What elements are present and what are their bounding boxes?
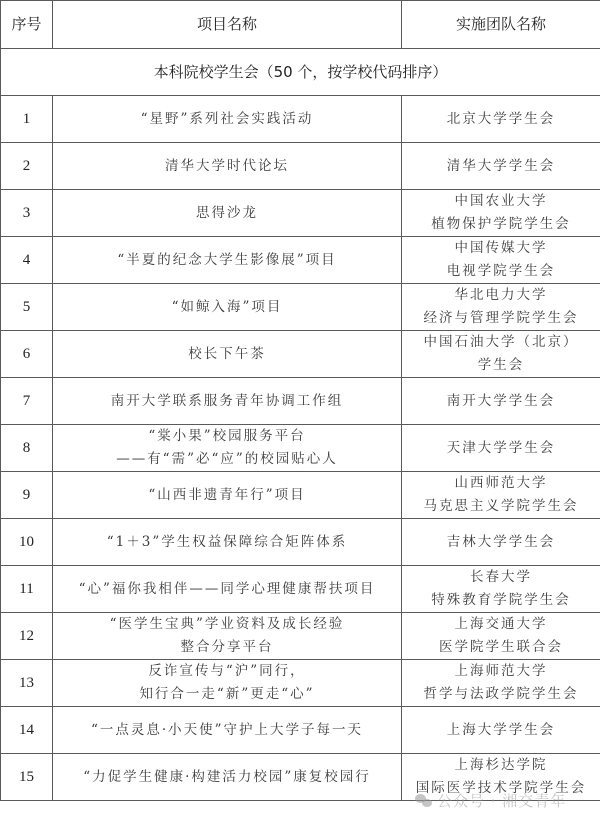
table-header-row: 序号 项目名称 实施团队名称 xyxy=(1,1,600,49)
project-name-cell: “半夏的纪念大学生影像展”项目 xyxy=(53,237,402,284)
table-row: 14“一点灵息·小天使”守护上大学子每一天上海大学学生会 xyxy=(1,707,600,754)
header-index: 序号 xyxy=(1,1,53,49)
project-name-line: “星野”系列社会实践活动 xyxy=(53,108,401,131)
table-row: 8“棠小果”校园服务平台——有“需”必“应”的校园贴心人天津大学学生会 xyxy=(1,425,600,472)
team-name-cell: 中国石油大学（北京）学生会 xyxy=(402,331,600,378)
section-title: 本科院校学生会（50 个，按学校代码排序） xyxy=(1,49,600,96)
project-name-cell: 思得沙龙 xyxy=(53,190,402,237)
row-index: 8 xyxy=(1,425,53,472)
team-name-line: 南开大学学生会 xyxy=(402,390,600,413)
project-name-line: “心”福你我相伴——同学心理健康帮扶项目 xyxy=(53,578,401,601)
row-index: 3 xyxy=(1,190,53,237)
team-name-cell: 上海大学学生会 xyxy=(402,707,600,754)
row-index: 14 xyxy=(1,707,53,754)
project-name-cell: “棠小果”校园服务平台——有“需”必“应”的校园贴心人 xyxy=(53,425,402,472)
project-name-line: 思得沙龙 xyxy=(53,202,401,225)
project-name-cell: 校长下午茶 xyxy=(53,331,402,378)
team-name-cell: 中国农业大学植物保护学院学生会 xyxy=(402,190,600,237)
team-name-line: 上海交通大学 xyxy=(402,613,600,636)
project-name-line: 知行合一走“新”更走“心” xyxy=(53,683,401,706)
table-row: 7南开大学联系服务青年协调工作组南开大学学生会 xyxy=(1,378,600,425)
project-list-table: 序号 项目名称 实施团队名称 本科院校学生会（50 个，按学校代码排序） 1“星… xyxy=(0,0,600,801)
team-name-line: 山西师范大学 xyxy=(402,472,600,495)
row-index: 12 xyxy=(1,613,53,660)
row-index: 9 xyxy=(1,472,53,519)
team-name-line: 上海大学学生会 xyxy=(402,719,600,742)
row-index: 1 xyxy=(1,96,53,143)
table-row: 2清华大学时代论坛清华大学学生会 xyxy=(1,143,600,190)
team-name-line: 北京大学学生会 xyxy=(402,108,600,131)
project-name-line: 南开大学联系服务青年协调工作组 xyxy=(53,390,401,413)
table-row: 1“星野”系列社会实践活动北京大学学生会 xyxy=(1,96,600,143)
table-row: 5“如鲸入海”项目华北电力大学经济与管理学院学生会 xyxy=(1,284,600,331)
project-name-cell: “星野”系列社会实践活动 xyxy=(53,96,402,143)
row-index: 6 xyxy=(1,331,53,378)
project-name-line: “山西非遗青年行”项目 xyxy=(53,484,401,507)
project-name-cell: “山西非遗青年行”项目 xyxy=(53,472,402,519)
team-name-cell: 清华大学学生会 xyxy=(402,143,600,190)
table-row: 4“半夏的纪念大学生影像展”项目中国传媒大学电视学院学生会 xyxy=(1,237,600,284)
team-name-line: 植物保护学院学生会 xyxy=(402,213,600,236)
table-row: 3思得沙龙中国农业大学植物保护学院学生会 xyxy=(1,190,600,237)
project-name-cell: “如鲸入海”项目 xyxy=(53,284,402,331)
team-name-line: 马克思主义学院学生会 xyxy=(402,495,600,518)
project-name-cell: “力促学生健康·构建活力校园”康复校园行 xyxy=(53,754,402,801)
project-name-line: “一点灵息·小天使”守护上大学子每一天 xyxy=(53,719,401,742)
table-row: 15“力促学生健康·构建活力校园”康复校园行上海杉达学院国际医学技术学院学生会 xyxy=(1,754,600,801)
team-name-cell: 上海杉达学院国际医学技术学院学生会 xyxy=(402,754,600,801)
project-name-line: “如鲸入海”项目 xyxy=(53,296,401,319)
team-name-line: 电视学院学生会 xyxy=(402,260,600,283)
project-name-line: “医学生宝典”学业资料及成长经验 xyxy=(53,613,401,636)
row-index: 2 xyxy=(1,143,53,190)
row-index: 15 xyxy=(1,754,53,801)
project-name-line: “半夏的纪念大学生影像展”项目 xyxy=(53,249,401,272)
header-project-name: 项目名称 xyxy=(53,1,402,49)
team-name-cell: 山西师范大学马克思主义学院学生会 xyxy=(402,472,600,519)
team-name-line: 上海师范大学 xyxy=(402,660,600,683)
team-name-cell: 上海师范大学哲学与法政学院学生会 xyxy=(402,660,600,707)
team-name-line: 中国农业大学 xyxy=(402,190,600,213)
project-name-cell: 南开大学联系服务青年协调工作组 xyxy=(53,378,402,425)
team-name-line: 医学院学生联合会 xyxy=(402,636,600,659)
project-name-cell: 清华大学时代论坛 xyxy=(53,143,402,190)
project-name-line: “1＋3”学生权益保障综合矩阵体系 xyxy=(53,531,401,554)
team-name-line: 天津大学学生会 xyxy=(402,437,600,460)
team-name-line: 长春大学 xyxy=(402,566,600,589)
section-heading-row: 本科院校学生会（50 个，按学校代码排序） xyxy=(1,49,600,96)
row-index: 13 xyxy=(1,660,53,707)
team-name-cell: 南开大学学生会 xyxy=(402,378,600,425)
project-name-cell: “一点灵息·小天使”守护上大学子每一天 xyxy=(53,707,402,754)
table-row: 6校长下午茶中国石油大学（北京）学生会 xyxy=(1,331,600,378)
team-name-line: 上海杉达学院 xyxy=(402,754,600,777)
table-row: 10“1＋3”学生权益保障综合矩阵体系吉林大学学生会 xyxy=(1,519,600,566)
team-name-cell: 中国传媒大学电视学院学生会 xyxy=(402,237,600,284)
project-name-line: “力促学生健康·构建活力校园”康复校园行 xyxy=(53,766,401,789)
project-name-cell: “医学生宝典”学业资料及成长经验整合分享平台 xyxy=(53,613,402,660)
team-name-line: 中国传媒大学 xyxy=(402,237,600,260)
project-name-line: 反诈宣传与“沪”同行， xyxy=(53,660,401,683)
team-name-cell: 华北电力大学经济与管理学院学生会 xyxy=(402,284,600,331)
team-name-line: 中国石油大学（北京） xyxy=(402,331,600,354)
row-index: 11 xyxy=(1,566,53,613)
project-name-line: “棠小果”校园服务平台 xyxy=(53,425,401,448)
project-name-cell: 反诈宣传与“沪”同行，知行合一走“新”更走“心” xyxy=(53,660,402,707)
team-name-line: 哲学与法政学院学生会 xyxy=(402,683,600,706)
team-name-cell: 吉林大学学生会 xyxy=(402,519,600,566)
row-index: 7 xyxy=(1,378,53,425)
team-name-cell: 长春大学特殊教育学院学生会 xyxy=(402,566,600,613)
table-row: 13反诈宣传与“沪”同行，知行合一走“新”更走“心”上海师范大学哲学与法政学院学… xyxy=(1,660,600,707)
table-row: 11“心”福你我相伴——同学心理健康帮扶项目长春大学特殊教育学院学生会 xyxy=(1,566,600,613)
team-name-cell: 天津大学学生会 xyxy=(402,425,600,472)
project-name-line: 校长下午茶 xyxy=(53,343,401,366)
team-name-line: 经济与管理学院学生会 xyxy=(402,307,600,330)
row-index: 4 xyxy=(1,237,53,284)
row-index: 10 xyxy=(1,519,53,566)
team-name-line: 学生会 xyxy=(402,354,600,377)
header-team-name: 实施团队名称 xyxy=(402,1,600,49)
team-name-line: 特殊教育学院学生会 xyxy=(402,589,600,612)
team-name-line: 国际医学技术学院学生会 xyxy=(402,777,600,800)
project-name-line: 整合分享平台 xyxy=(53,636,401,659)
project-name-line: ——有“需”必“应”的校园贴心人 xyxy=(53,448,401,471)
table-row: 12“医学生宝典”学业资料及成长经验整合分享平台上海交通大学医学院学生联合会 xyxy=(1,613,600,660)
row-index: 5 xyxy=(1,284,53,331)
project-name-cell: “1＋3”学生权益保障综合矩阵体系 xyxy=(53,519,402,566)
team-name-cell: 北京大学学生会 xyxy=(402,96,600,143)
table-row: 9“山西非遗青年行”项目山西师范大学马克思主义学院学生会 xyxy=(1,472,600,519)
project-name-cell: “心”福你我相伴——同学心理健康帮扶项目 xyxy=(53,566,402,613)
team-name-line: 清华大学学生会 xyxy=(402,155,600,178)
team-name-line: 华北电力大学 xyxy=(402,284,600,307)
team-name-line: 吉林大学学生会 xyxy=(402,531,600,554)
project-name-line: 清华大学时代论坛 xyxy=(53,155,401,178)
team-name-cell: 上海交通大学医学院学生联合会 xyxy=(402,613,600,660)
